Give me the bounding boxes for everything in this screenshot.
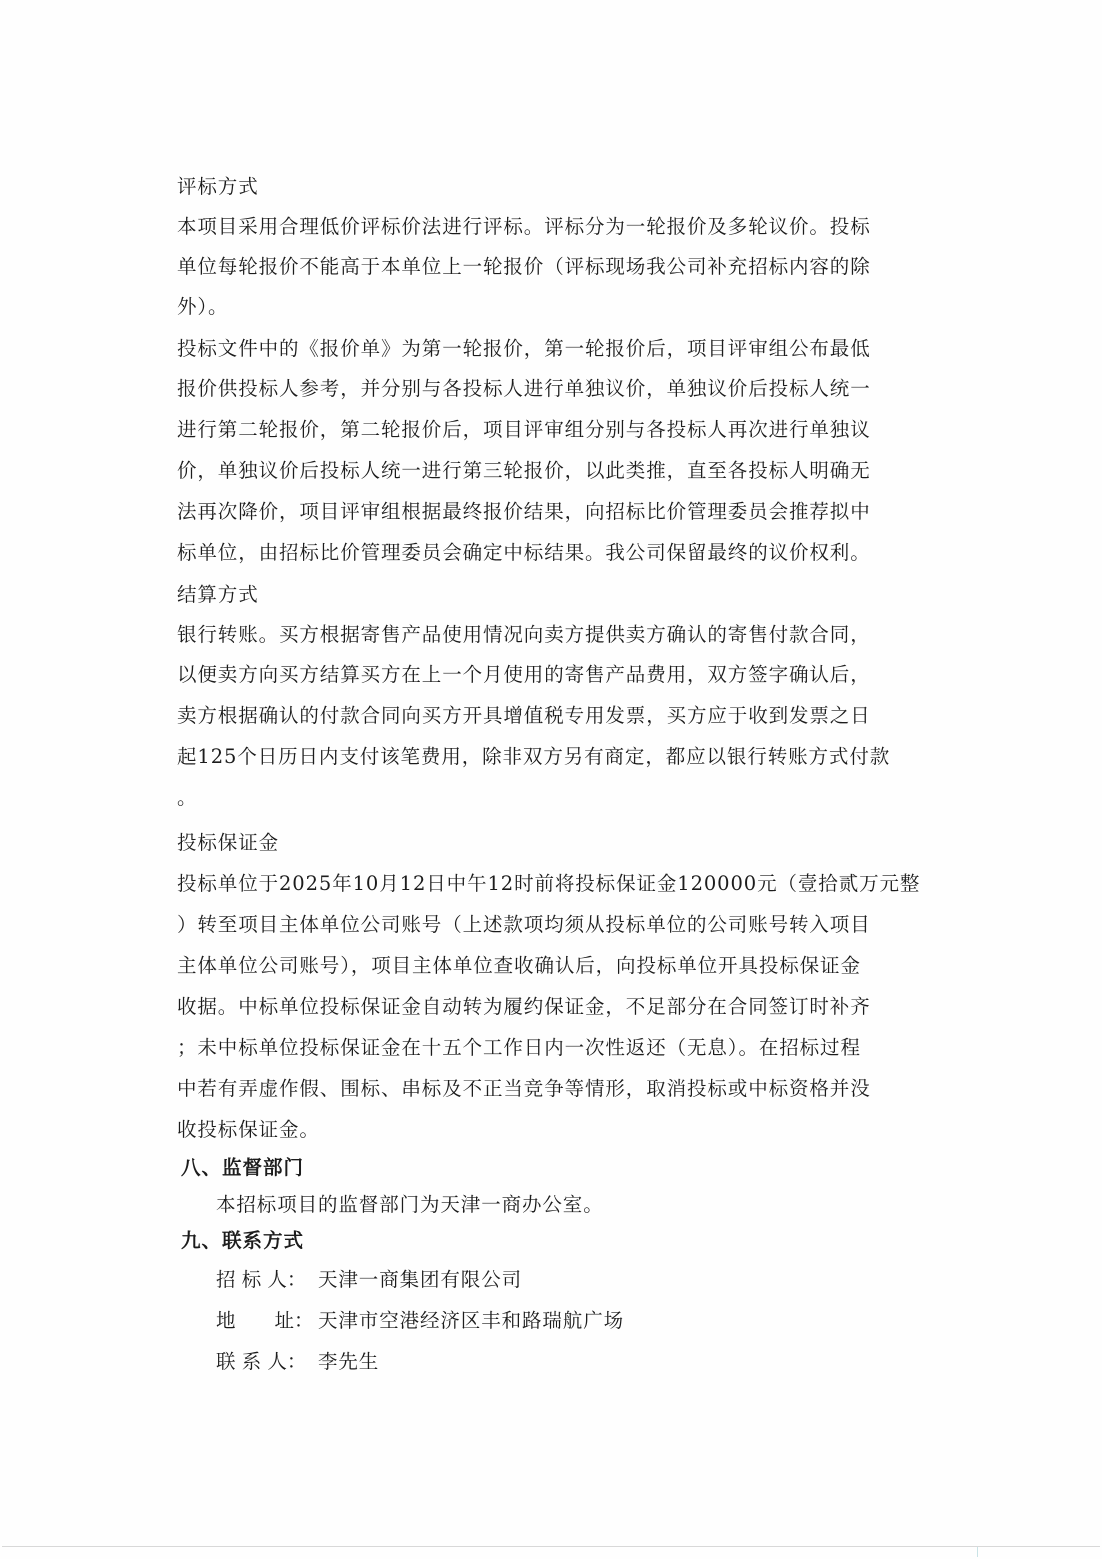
section-title-evaluation: 评标方式: [177, 175, 259, 199]
evaluation-line-1: 本项目采用合理低价评标价法进行评标。评标分为一轮报价及多轮议价。投标: [177, 215, 871, 239]
evaluation-line-7: 价，单独议价后投标人统一进行第三轮报价，以此类推，直至各投标人明确无: [177, 459, 871, 483]
evaluation-line-6: 进行第二轮报价，第二轮报价后，项目评审组分别与各投标人再次进行单独议: [177, 418, 871, 442]
section-title-contact: 九、联系方式: [181, 1229, 304, 1253]
section-title-supervision: 八、监督部门: [181, 1156, 304, 1180]
contact-row-address: 地 址：天津市空港经济区丰和路瑞航广场: [216, 1309, 624, 1333]
evaluation-line-2: 单位每轮报价不能高于本单位上一轮报价（评标现场我公司补充招标内容的除: [177, 255, 871, 279]
evaluation-line-8: 法再次降价，项目评审组根据最终报价结果，向招标比价管理委员会推荐拟中: [177, 500, 871, 524]
deposit-line-1: 投标单位于2025年10月12日中午12时前将投标保证金120000元（壹拾贰万…: [177, 872, 920, 896]
scan-edge-mark: [977, 1547, 978, 1557]
section-title-settlement: 结算方式: [177, 583, 259, 607]
deposit-line-2: ）转至项目主体单位公司账号（上述款项均须从投标单位的公司账号转入项目: [177, 913, 871, 937]
contact-row-person: 联 系 人：李先生: [216, 1350, 379, 1374]
contact-label: 招 标 人：: [216, 1268, 318, 1292]
deposit-line-4: 收据。中标单位投标保证金自动转为履约保证金，不足部分在合同签订时补齐: [177, 995, 871, 1019]
evaluation-line-3: 外）。: [177, 295, 228, 319]
deposit-line-6: 中若有弄虚作假、围标、串标及不正当竞争等情形，取消投标或中标资格并没: [177, 1077, 871, 1101]
contact-label: 地 址：: [216, 1309, 318, 1333]
contact-label: 联 系 人：: [216, 1350, 318, 1374]
deposit-line-3: 主体单位公司账号），项目主体单位查收确认后，向投标单位开具投标保证金: [177, 954, 861, 978]
settlement-line-3: 卖方根据确认的付款合同向买方开具增值税专用发票，买方应于收到发票之日: [177, 704, 871, 728]
settlement-line-1: 银行转账。买方根据寄售产品使用情况向卖方提供卖方确认的寄售付款合同，: [177, 623, 871, 647]
settlement-line-4: 起125个日历日内支付该笔费用，除非双方另有商定，都应以银行转账方式付款: [177, 745, 890, 769]
section-title-deposit: 投标保证金: [177, 831, 279, 855]
supervision-text: 本招标项目的监督部门为天津一商办公室。: [216, 1193, 604, 1217]
document-page: 评标方式 本项目采用合理低价评标价法进行评标。评标分为一轮报价及多轮议价。投标 …: [0, 0, 1102, 1559]
deposit-line-7: 收投标保证金。: [177, 1118, 320, 1142]
scan-edge-line: [2, 1546, 1100, 1547]
settlement-line-2: 以便卖方向买方结算买方在上一个月使用的寄售产品费用，双方签字确认后，: [177, 663, 871, 687]
deposit-line-5: ；未中标单位投标保证金在十五个工作日内一次性返还（无息）。在招标过程: [177, 1036, 861, 1060]
evaluation-line-9: 标单位，由招标比价管理委员会确定中标结果。我公司保留最终的议价权利。: [177, 541, 871, 565]
settlement-line-5: 。: [177, 786, 197, 810]
contact-value: 李先生: [318, 1350, 379, 1373]
contact-value: 天津市空港经济区丰和路瑞航广场: [318, 1309, 624, 1332]
evaluation-line-5: 报价供投标人参考，并分别与各投标人进行单独议价，单独议价后投标人统一: [177, 377, 871, 401]
contact-value: 天津一商集团有限公司: [318, 1268, 522, 1291]
evaluation-line-4: 投标文件中的《报价单》为第一轮报价，第一轮报价后，项目评审组公布最低: [177, 337, 871, 361]
contact-row-bidder: 招 标 人：天津一商集团有限公司: [216, 1268, 522, 1292]
